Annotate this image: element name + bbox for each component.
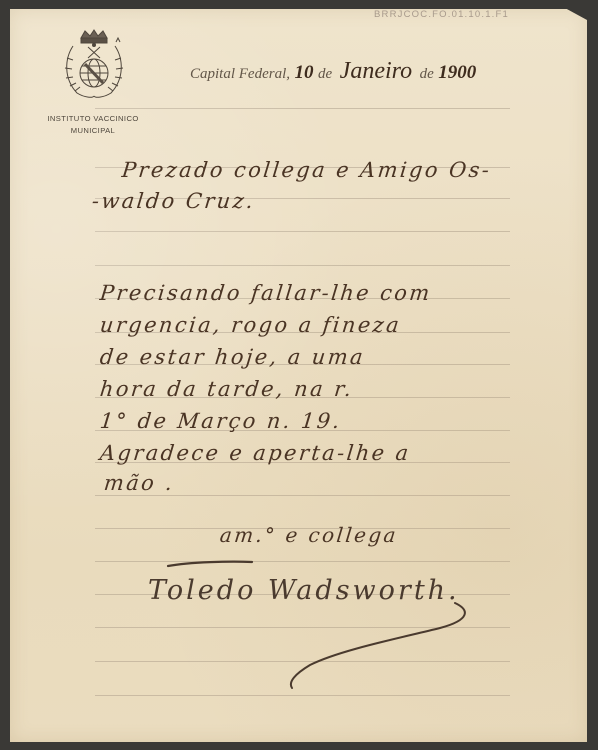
body-line: hora da tarde, na r. xyxy=(99,377,355,401)
ruled-line xyxy=(95,561,510,562)
body-line: urgencia, rogo a fineza xyxy=(99,313,403,337)
ruled-line xyxy=(95,108,510,109)
dateline-de: de xyxy=(420,66,434,82)
dateline-day: 10 xyxy=(295,62,314,83)
municipal-crest-icon xyxy=(55,28,133,108)
archive-reference-code: BRRJCOC.FO.01.10.1.F1 xyxy=(374,9,509,20)
institute-line-2: MUNICIPAL xyxy=(38,125,148,137)
dateline-month: Janeiro xyxy=(340,58,412,84)
ruled-line xyxy=(95,627,510,628)
letterhead-institute-name: INSTITUTO VACCINICO MUNICIPAL xyxy=(38,113,148,137)
dateline-de: de xyxy=(318,66,332,82)
ruled-line xyxy=(95,265,510,266)
ruled-line xyxy=(95,661,510,662)
body-line: mão . xyxy=(103,471,176,495)
ruled-line xyxy=(95,495,510,496)
ruled-line xyxy=(95,231,510,232)
closing: am.° e collega xyxy=(219,523,400,547)
salutation-line: -waldo Cruz. xyxy=(91,189,257,213)
dateline: Capital Federal, 10 de Janeiro de 1900 xyxy=(190,58,476,85)
signature: Toledo Wadsworth. xyxy=(148,575,460,606)
body-line: de estar hoje, a uma xyxy=(99,345,367,369)
dateline-place: Capital Federal, xyxy=(190,66,290,82)
body-line: 1° de Março n. 19. xyxy=(99,409,343,433)
salutation-line: Prezado collega e Amigo Os- xyxy=(121,158,493,182)
ruled-line xyxy=(95,695,510,696)
body-line: Precisando fallar-lhe com xyxy=(99,281,433,305)
dateline-year: 1900 xyxy=(438,62,476,83)
body-line: Agradece e aperta-lhe a xyxy=(99,441,412,465)
institute-line-1: INSTITUTO VACCINICO xyxy=(38,113,148,125)
